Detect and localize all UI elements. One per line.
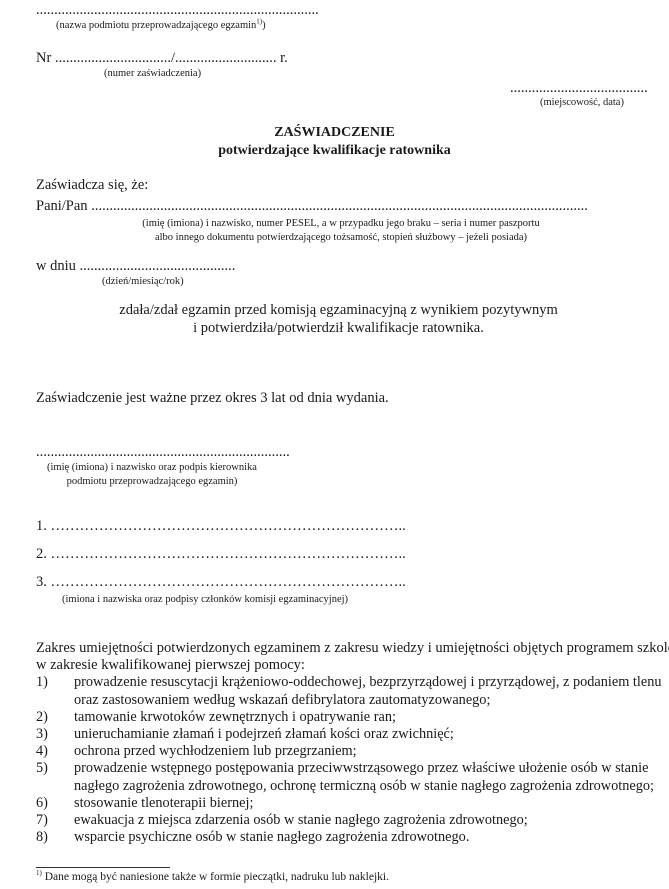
item-text: stosowanie tlenoterapii biernej; xyxy=(74,795,669,813)
member-signature-2: 2. ……………………………………………………………….. xyxy=(36,546,406,563)
number-prefix: Nr xyxy=(36,50,51,66)
exam-date-line: w dniu .................................… xyxy=(36,258,235,275)
head-signature-field[interactable]: ........................................… xyxy=(36,444,290,461)
item-text: prowadzenie wstępnego postępowania przec… xyxy=(74,760,669,795)
document-title: ZAŚWIADCZENIE xyxy=(0,125,669,141)
certificate-number-caption: (numer zaświadczenia) xyxy=(104,68,201,79)
person-caption-1: (imię (imiona) i nazwisko, numer PESEL, … xyxy=(36,218,646,229)
date-label: w dniu xyxy=(36,258,76,274)
scope-intro-2: w zakresie kwalifikowanej pierwszej pomo… xyxy=(36,657,305,674)
item-number: 4) xyxy=(36,743,66,761)
item-number: 6) xyxy=(36,795,66,813)
member-signature-1: 1. ……………………………………………………………….. xyxy=(36,518,406,535)
document-subtitle: potwierdzające kwalifikacje ratownika xyxy=(0,143,669,159)
result-line-1: zdała/zdał egzamin przed komisją egzamin… xyxy=(36,302,641,319)
certificate-number-line: Nr ................................/....… xyxy=(36,50,288,67)
entity-name-caption: (nazwa podmiotu przeprowadzającego egzam… xyxy=(56,20,266,31)
person-line: Pani/Pan ...............................… xyxy=(36,198,646,215)
item-number: 1) xyxy=(36,674,66,692)
member-field[interactable]: ……………………………………………………………….. xyxy=(51,574,406,590)
member-num: 2. xyxy=(36,546,47,562)
person-caption-2: albo innego dokumentu potwierdzającego t… xyxy=(36,232,646,243)
item-text: wsparcie psychiczne osób w stanie nagłeg… xyxy=(74,829,669,847)
place-date-field[interactable]: ...................................... xyxy=(510,80,648,97)
entity-name-field[interactable]: ........................................… xyxy=(36,2,319,19)
member-field[interactable]: ……………………………………………………………….. xyxy=(51,518,406,534)
person-field[interactable]: ........................................… xyxy=(91,198,588,214)
item-number: 8) xyxy=(36,829,66,847)
head-signature-caption-1: (imię (imiona) i nazwisko oraz podpis ki… xyxy=(36,462,268,473)
validity-text: Zaświadczenie jest ważne przez okres 3 l… xyxy=(36,390,389,407)
number-suffix: r. xyxy=(280,50,288,66)
number-field-1[interactable]: ................................ xyxy=(55,50,171,66)
item-text: prowadzenie resuscytacji krążeniowo-odde… xyxy=(74,674,669,709)
item-number: 2) xyxy=(36,709,66,727)
place-date-caption: (miejscowość, data) xyxy=(540,97,624,108)
member-signature-3: 3. ……………………………………………………………….. xyxy=(36,574,406,591)
item-text: unieruchamianie złamań i podejrzeń złama… xyxy=(74,726,669,744)
entity-caption-end: ) xyxy=(262,20,266,31)
exam-date-field[interactable]: ........................................… xyxy=(80,258,236,274)
item-text: ochrona przed wychłodzeniem lub przegrza… xyxy=(74,743,669,761)
result-line-2: i potwierdziła/potwierdził kwalifikacje … xyxy=(36,320,641,337)
member-num: 1. xyxy=(36,518,47,534)
member-num: 3. xyxy=(36,574,47,590)
item-text: ewakuacja z miejsca zdarzenia osób w sta… xyxy=(74,812,669,830)
scope-intro-1: Zakres umiejętności potwierdzonych egzam… xyxy=(36,640,669,657)
head-signature-caption-2: podmiotu przeprowadzającego egzamin) xyxy=(36,476,268,487)
members-caption: (imiona i nazwiska oraz podpisy członków… xyxy=(62,594,348,605)
entity-caption-text: (nazwa podmiotu przeprowadzającego egzam… xyxy=(56,20,256,31)
scope-item-1: 1) prowadzenie resuscytacji krążeniowo-o… xyxy=(36,674,651,709)
item-text: tamowanie krwotoków zewnętrznych i opatr… xyxy=(74,709,669,727)
item-number: 7) xyxy=(36,812,66,830)
member-field[interactable]: ……………………………………………………………….. xyxy=(51,546,406,562)
footnote: 1) Dane mogą być naniesione także w form… xyxy=(36,871,389,883)
certifies-text: Zaświadcza się, że: xyxy=(36,177,148,194)
footnote-divider xyxy=(36,867,170,868)
exam-date-caption: (dzień/miesiąc/rok) xyxy=(102,276,184,287)
number-field-2[interactable]: ............................ xyxy=(175,50,277,66)
person-label: Pani/Pan xyxy=(36,198,88,214)
item-number: 5) xyxy=(36,760,66,778)
footnote-text: Dane mogą być naniesione także w formie … xyxy=(42,871,389,883)
item-number: 3) xyxy=(36,726,66,744)
